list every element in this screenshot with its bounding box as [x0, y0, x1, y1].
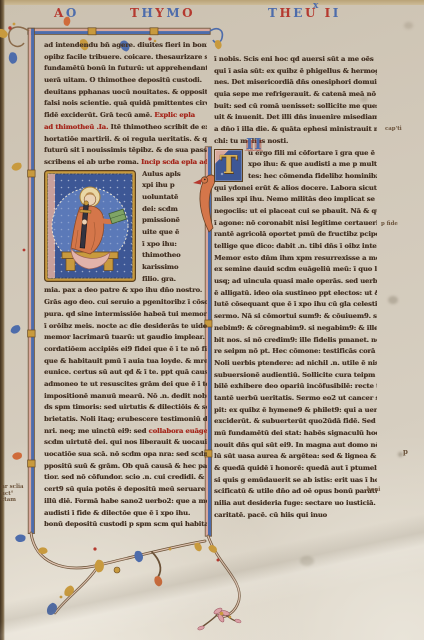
text-line: ē alligatū. ideo oia sustineo ppt electo…	[214, 288, 377, 300]
text-line: uite que ē	[142, 227, 207, 239]
text-line: audisti ī fide & dilectōe que ē ī xpo ih…	[44, 508, 207, 520]
text-line: tellige que dico: dabit .n. tibi dñs ī o…	[214, 241, 377, 253]
marginal-note-capti: cap'ti	[385, 126, 402, 133]
text-line: eunice. certus sū aut qd & ī te. ppt quā…	[44, 367, 207, 379]
text-line: uoluntatē	[142, 192, 207, 204]
text-line: ppositū suū & grām. Ob quā causā & hec p…	[44, 461, 207, 473]
text-line: caritatē. pacē. cū hiis qui inuo	[214, 510, 377, 522]
text-line: tantē uerbū ueritatis. Sermo eo2 ut canc…	[214, 393, 377, 405]
paragraph-mark: p	[403, 449, 408, 456]
column-left: ad intendendu bñ agere. diuites fieri in…	[44, 40, 207, 531]
marginal-note-pfide: p fide	[381, 221, 398, 228]
text-line: nri. neq; me uinctū ei9: sed collabora e…	[44, 426, 207, 438]
text-line: deuitans pphanas uocū nouitates. & oppos…	[44, 87, 207, 99]
text-line: fundamētū bonū in futurū: ut apprehendan…	[44, 63, 207, 75]
text-line: qui ī asia sūt: ex quibz ē phigellus & h…	[214, 66, 377, 78]
text-line: nes. Det misericordiā dñs onesiphori dom…	[214, 77, 377, 89]
text-line: miles xpi ihu. Nemo militās deo implicat…	[214, 194, 377, 206]
text-line: rantē agricolā oportet pmū de fructibz p…	[214, 229, 377, 241]
initial-t: T	[214, 149, 243, 182]
right-pre-chapter-text: ī nobis. Scis eni hoc qd auersi sūt a me…	[214, 54, 377, 148]
photo-edge-left	[0, 0, 5, 640]
running-header-middle: THYMO	[130, 6, 195, 20]
text-line: bonū depositū custodi p spm scm qui habi…	[44, 519, 207, 531]
text-line: scribens ei ab urbe roma. Incip scda epl…	[44, 157, 207, 169]
text-line: mū fundamētū dei stat: habēs signaculū h…	[214, 428, 377, 440]
text-line: uocatiōe sua scā. nō scdm opa nra: sed s…	[44, 449, 207, 461]
text-line: xpo ihu: & que audisti a me p multos tes	[248, 159, 377, 171]
text-line: karissimo	[142, 262, 207, 274]
text-line: quia sepe me refrigerauit. & catenā meā …	[214, 89, 377, 101]
text-line: opibz facile tribuere. coicare. thesauri…	[44, 52, 207, 64]
text-line: sermo. Nā si cōmortui sum9: & cōuiuem9. …	[214, 311, 377, 323]
stain	[398, 452, 403, 457]
text-line: lū sūt uasa aurea & argētea: sed & ligne…	[214, 451, 377, 463]
manuscript-photo: { "manuscript": { "title": "Illuminated …	[0, 0, 424, 640]
text-line: ī agone: nō coronabit nisi legitime cert…	[214, 218, 377, 230]
text-line: Grās ago deo. cui seruio a pgenitoribz ī…	[44, 297, 207, 309]
text-line: mia. pax a deo patre & xpo ihu dño nostr…	[44, 285, 207, 297]
text-line: tes: hec cōmenda fidelibz hominibz:	[248, 171, 377, 183]
text-line: illū diē. Formā habe sano2 uerbo2: que a…	[44, 496, 207, 508]
chapter-numeral: II	[246, 137, 263, 152]
stain	[404, 22, 413, 29]
flower-cluster-icon	[197, 607, 241, 631]
side-leaves-icon	[10, 163, 26, 461]
text-line: scificatū & utile dño ad oē opus bonū pa…	[214, 486, 377, 498]
text-line: si quis g emūdauerit se ab istis: erit u…	[214, 475, 377, 487]
text-line: qui ydonei erūt & alios docere. Labora s…	[214, 183, 377, 195]
text-line: & quedā quidē ī honorē: quedā aut ī ptum…	[214, 463, 377, 475]
text-line: tior. sed nō cōfundor. scio .n. cui cred…	[44, 472, 207, 484]
text-line: filio. gra.	[142, 274, 207, 286]
text-line: ctam	[1, 497, 35, 504]
text-line: re seipm nō pt. Hec cōmone: testificās c…	[214, 346, 377, 358]
miniature-initial-p	[44, 170, 136, 282]
border-bar-top	[28, 28, 210, 35]
marginal-note-boni: boni	[367, 487, 380, 494]
left-top-text: ad intendendu bñ agere. diuites fieri in…	[44, 40, 207, 169]
photo-edge-top	[0, 0, 424, 5]
text-line: bit nos. si nō credim9: ille fidelis pma…	[214, 335, 377, 347]
text-line: chi: tu melius nosti.	[214, 136, 377, 148]
text-line: nebim9: & cōregnabim9. si negabim9: & il…	[214, 323, 377, 335]
text-line: nr sclia uct°	[1, 484, 35, 497]
text-line: ad intendendu bñ agere. diuites fieri in…	[44, 40, 207, 52]
marginal-note-left: nr sclia uct°ctam	[1, 484, 35, 504]
text-line: uerā uitam. O thimothee depositū custodi…	[44, 75, 207, 87]
text-line: pura. qd sine intermissiōe habeā tui mem…	[44, 309, 207, 321]
text-line: que & habitauit pmū ī auia tua loyde. & …	[44, 356, 207, 368]
text-line: negociis: ut ei placeat cui se pbauit. N…	[214, 206, 377, 218]
column-right: ī nobis. Scis eni hoc qd auersi sūt a me…	[214, 54, 377, 522]
text-line: pit: ex quibz ē hymene9 & philet9: qui a…	[214, 405, 377, 417]
right-chapter-text: u ergo fili mi cōfortare ī gra que ē īxp…	[214, 148, 377, 522]
text-line: cordatiōem accipiēs ei9 fidei que ē ī te…	[44, 344, 207, 356]
vine-bottom-icon	[14, 533, 239, 617]
text-line: bilē exhibere deo opariū incōfusibilē: r…	[214, 381, 377, 393]
text-line: ī nobis. Scis eni hoc qd auersi sūt a me…	[214, 54, 377, 66]
text-line: ds spm timoris: sed uirtutis & dilectiōi…	[44, 402, 207, 414]
text-line: Noli uerbis ptendere: ad nichil .n. util…	[214, 358, 377, 370]
text-line: xpi ihu p	[142, 180, 207, 192]
text-line: impositionē manuū mearū. Nō .n. dedit no…	[44, 391, 207, 403]
text-line: thimotheo	[142, 250, 207, 262]
text-line: pmissionē	[142, 215, 207, 227]
initial-t-letter: T	[220, 153, 238, 177]
stain	[300, 556, 314, 566]
text-line: ī xpo ihu:	[142, 239, 207, 251]
text-line: a dño ī illa die. & quāta ephesi ministr…	[214, 124, 377, 136]
text-line: subuersionē audientiū. Sollicite cura te…	[214, 370, 377, 382]
text-line: ad thimotheū .Ia. Itē thimotheo scribit …	[44, 122, 207, 134]
text-line: dei: scdm	[142, 204, 207, 216]
text-line: memor lacrimarū tuarū: ut gaudio implear…	[44, 332, 207, 344]
text-line: falsi nois scientie. quā quidā pmittente…	[44, 98, 207, 110]
text-line: u ergo fili mi cōfortare ī gra que ē ī	[248, 148, 377, 160]
border-bar-left	[28, 28, 35, 533]
left-body-text: mia. pax a deo patre & xpo ihu dño nostr…	[44, 285, 207, 530]
text-line: usq; ad uincula quasi male operās. sed u…	[214, 276, 377, 288]
text-line: hortatiōe martirii. & oi regula ueritati…	[44, 134, 207, 146]
text-line: nilia aut desideria fuge: sectare uo ius…	[214, 498, 377, 510]
right-chapter-block: T u ergo fili mi cōfortare ī gra que ē ī…	[214, 148, 377, 522]
running-header-right: THEU II	[268, 6, 341, 20]
margin-cross-mark: x	[313, 1, 318, 11]
text-line: scdm uirtutē dei. qui nos liberauit & uo…	[44, 437, 207, 449]
text-line: uit & inuenit. Det illi dñs inuenire mis…	[214, 112, 377, 124]
text-line: futurū sit ī nouissimis tēpibz. & de sua…	[44, 145, 207, 157]
text-line: admoneo te ut resuscites grām dei que ē …	[44, 379, 207, 391]
text-line: Aulus apls	[142, 169, 207, 181]
stain	[388, 296, 398, 304]
running-header-left: AO	[54, 6, 79, 20]
text-line: fidē exciderūt. Grā tecū amē. Explic epl…	[44, 110, 207, 122]
text-line: lutē cōsequant que ē ī xpo ihu cū gla ce…	[214, 299, 377, 311]
text-line: ī orōibz meis. nocte ac die desiderās te…	[44, 321, 207, 333]
text-line: exciderūt. & subuerterūt quo2ūdā fidē. S…	[214, 416, 377, 428]
stain	[360, 96, 368, 102]
text-line: buit: sed cū romā uenisset: sollicite me…	[214, 101, 377, 113]
text-line: cert9 sū quia potēs ē depositū meū serua…	[44, 484, 207, 496]
text-line: brietatis. Noli itaq; erubescere testimo…	[44, 414, 207, 426]
text-line: nouit dñs qui sūt ei9. In magna aut domo…	[214, 440, 377, 452]
text-line: ex semine dauid scdm euāgeliū meū: ī quo…	[214, 264, 377, 276]
text-line: Memor esto dñm ihm xpm resurrexisse a mo…	[214, 253, 377, 265]
